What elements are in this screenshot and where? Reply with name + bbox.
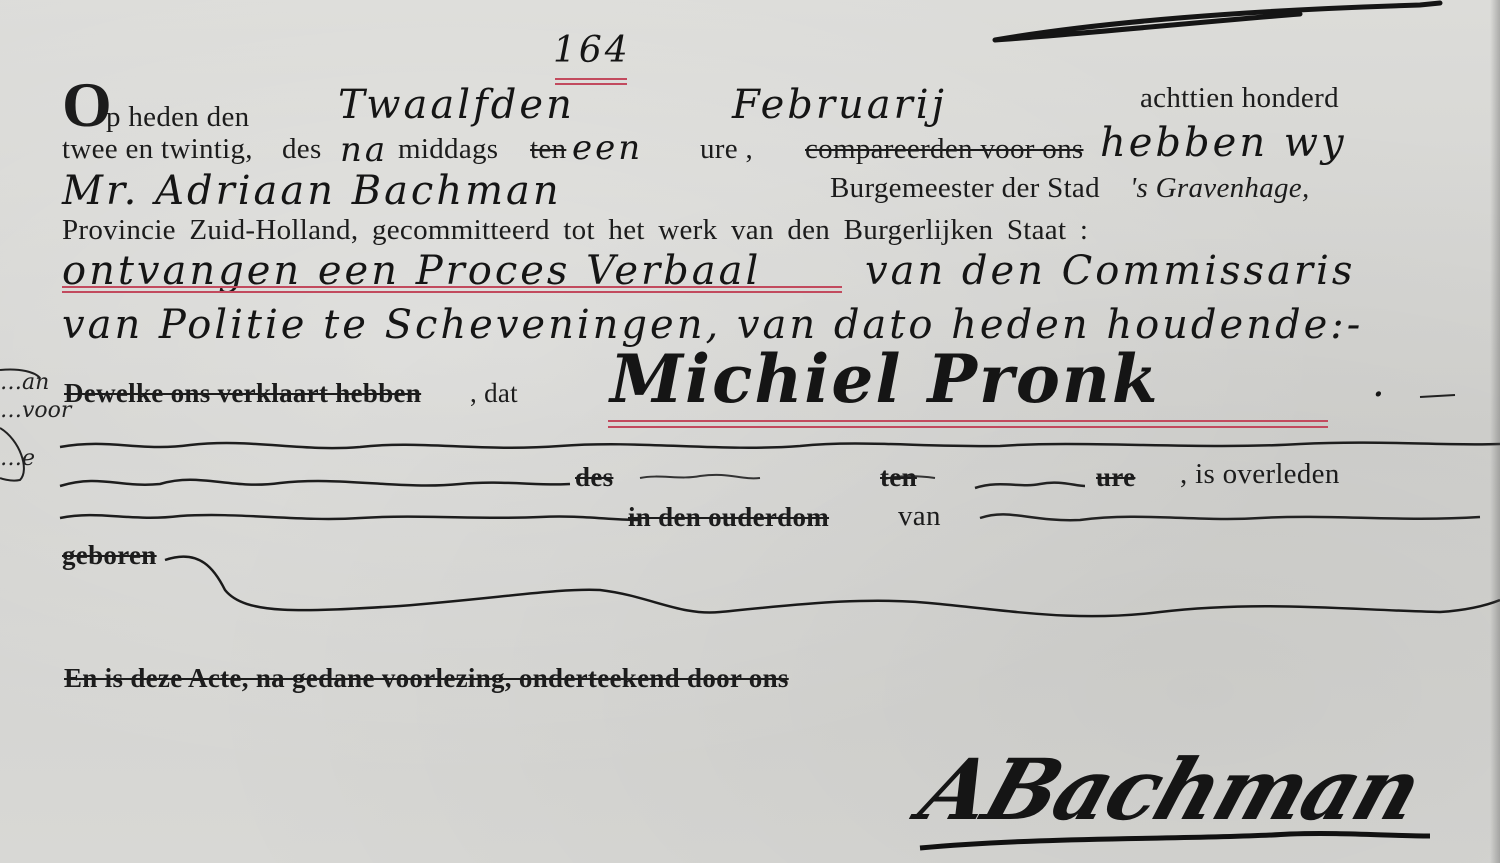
handwritten-official-name: Mr. Adriaan Bachman (62, 168, 562, 214)
printed-text: , dat (470, 378, 518, 409)
printed-struck-text: in den ouderdom (628, 502, 829, 533)
blank-fill-line (60, 443, 1500, 449)
printed-text: achttien honderd (1140, 82, 1339, 115)
printed-text: ure , (700, 133, 753, 166)
blank-fill-swoosh (165, 557, 1500, 617)
flourish-top (995, 3, 1440, 40)
margin-note: …e (0, 446, 35, 471)
printed-text: , is overleden (1180, 458, 1340, 491)
printed-struck-text: compareerden voor ons (805, 133, 1083, 166)
record-number: 164 (553, 30, 631, 71)
printed-struck-text: geboren (62, 540, 157, 571)
signature: ABachman (909, 740, 1432, 839)
handwritten-month: Februarij (732, 82, 947, 128)
margin-note: …an (0, 370, 49, 395)
printed-text: p heden den (106, 101, 249, 134)
printed-text: twee en twintig, (62, 133, 253, 166)
handwritten-text: van den Commissaris (865, 248, 1355, 294)
handwritten-text: hebben wy (1100, 120, 1347, 166)
margin-note: …voor (0, 398, 71, 423)
printed-struck-closing: En is deze Acte, na gedane voorlezing, o… (64, 663, 789, 694)
document-scan: 164 O p heden den Twaalfden Februarij ac… (0, 0, 1500, 863)
printed-struck-text: ten (530, 133, 566, 166)
printed-text: des (282, 133, 322, 166)
red-double-underline (62, 286, 842, 293)
handwritten-text: een (572, 128, 643, 168)
handwritten-day: Twaalfden (338, 82, 575, 128)
printed-text: Burgemeester der Stad (830, 172, 1100, 205)
printed-text: van (898, 500, 941, 533)
printed-struck-text: ten (880, 462, 917, 493)
handwritten-deceased-name: Michiel Pronk (610, 340, 1160, 418)
printed-struck-text: Dewelke ons verklaart hebben (64, 378, 421, 409)
printed-text: middags (398, 133, 498, 166)
printed-struck-text: ure (1096, 462, 1135, 493)
handwritten-period: . (1372, 360, 1388, 406)
initial-capital: O (62, 68, 112, 142)
paper-edge (1490, 0, 1500, 863)
printed-text: Provincie Zuid-Holland, gecommitteerd to… (62, 214, 1088, 247)
handwritten-text: na (340, 130, 388, 170)
printed-city: 's Gravenhage, (1130, 172, 1310, 205)
printed-struck-text: des (575, 462, 613, 493)
red-double-underline (608, 420, 1328, 428)
